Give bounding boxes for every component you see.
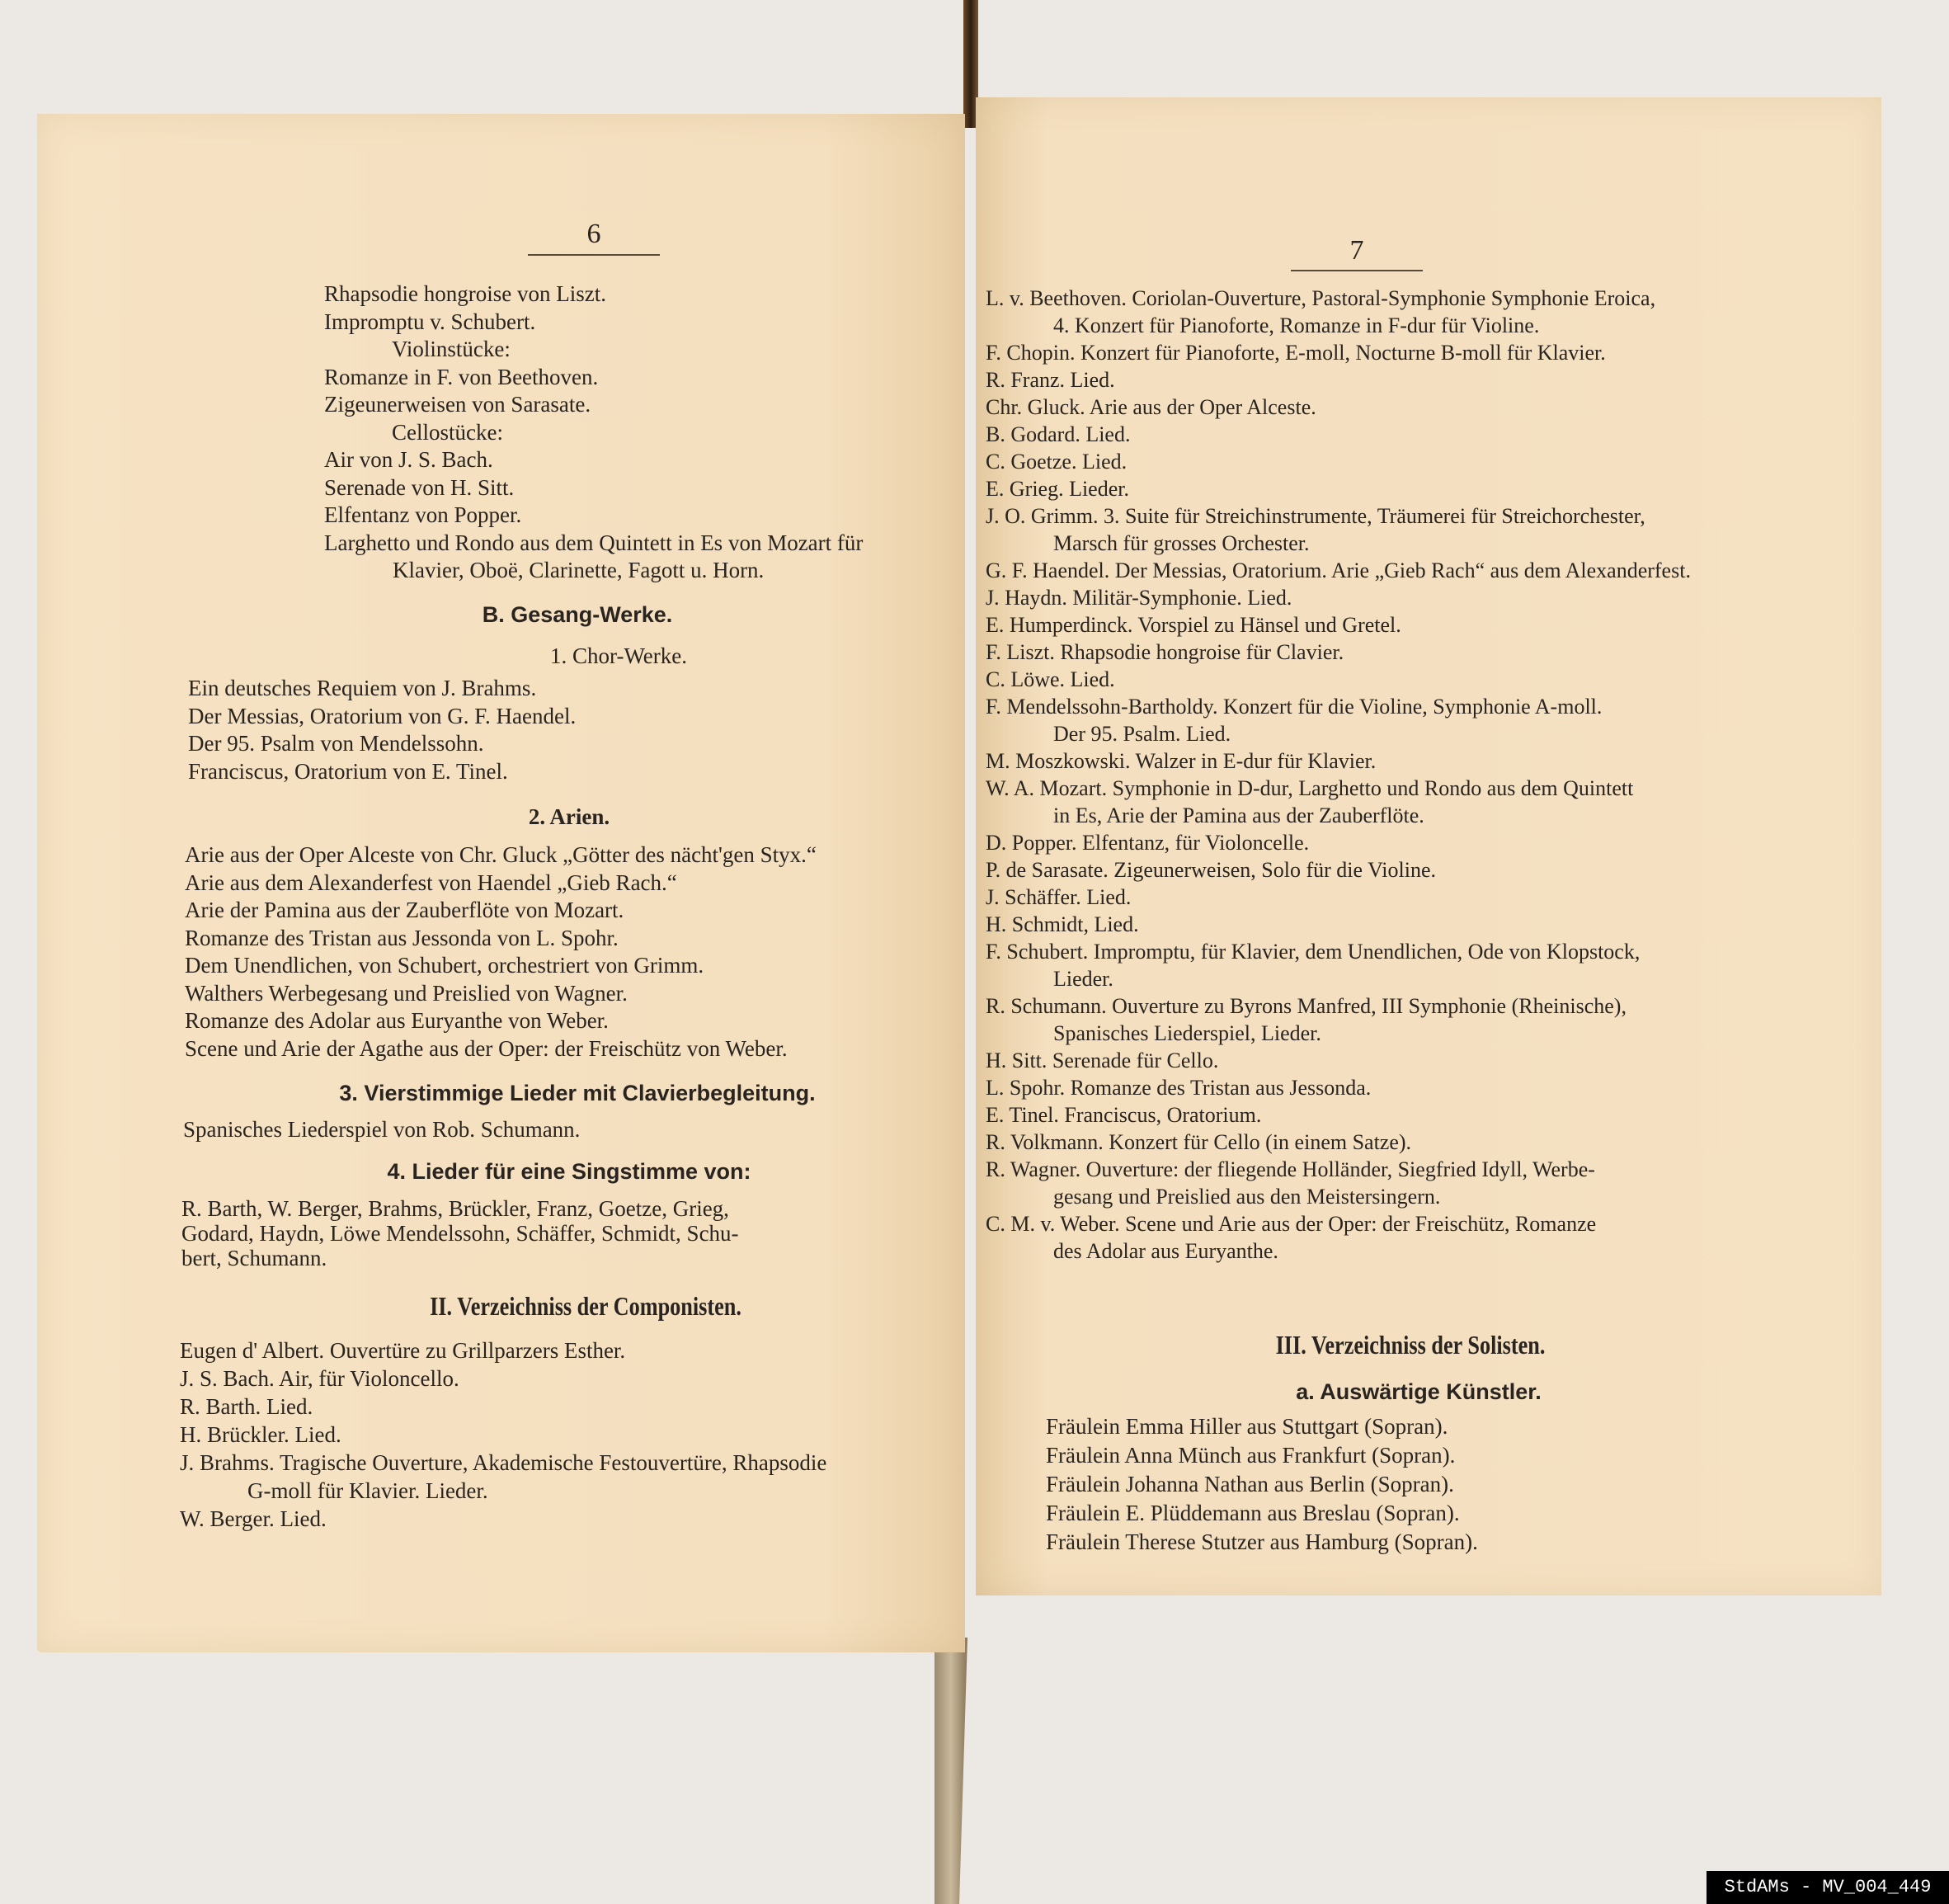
list-item: Romanze des Adolar aus Euryanthe von Web… (185, 1007, 817, 1035)
list-item: Fräulein Johanna Nathan aus Berlin (Sopr… (1046, 1470, 1478, 1499)
list-item: J. Haydn. Militär-Symphonie. Lied. (986, 584, 1777, 611)
violin-heading: Violinstücke: (324, 336, 863, 364)
list-item: R. Wagner. Ouverture: der fliegende Holl… (986, 1156, 1777, 1183)
list-item: Larghetto und Rondo aus dem Quintett in … (324, 530, 863, 558)
list-item: R. Schumann. Ouverture zu Byrons Manfred… (986, 992, 1777, 1020)
list-item: C. Löwe. Lied. (986, 666, 1777, 693)
list-item: Romanze des Tristan aus Jessonda von L. … (185, 925, 817, 953)
list-item: W. Berger. Lied. (180, 1505, 826, 1533)
list-item: Serenade von H. Sitt. (324, 474, 863, 502)
vierstimmige-lieder-title: 3. Vierstimmige Lieder mit Clavierbeglei… (247, 1081, 907, 1106)
list-item-continued: G-moll für Klavier. Lieder. (180, 1477, 826, 1505)
list-item: Scene und Arie der Agathe aus der Oper: … (185, 1035, 817, 1063)
list-item: F. Schubert. Impromptu, für Klavier, dem… (986, 938, 1777, 965)
list-item: L. v. Beethoven. Coriolan-Ouverture, Pas… (986, 285, 1777, 312)
list-item-continued: Der 95. Psalm. Lied. (986, 720, 1777, 747)
chor-werke-list: Ein deutsches Requiem von J. Brahms. Der… (188, 675, 576, 785)
list-item: J. S. Bach. Air, für Violoncello. (180, 1364, 826, 1393)
list-item: Der 95. Psalm von Mendelssohn. (188, 730, 576, 758)
list-item-continued: Spanisches Liederspiel, Lieder. (986, 1020, 1777, 1047)
list-item: F. Mendelssohn-Bartholdy. Konzert für di… (986, 693, 1777, 720)
list-item-continued: 4. Konzert für Pianoforte, Romanze in F-… (986, 312, 1777, 339)
list-item-continued: des Adolar aus Euryanthe. (986, 1237, 1777, 1265)
book-spine-lower (934, 1638, 967, 1904)
list-item: Walthers Werbegesang und Preislied von W… (185, 980, 817, 1008)
list-item-continued: gesang und Preislied aus den Meistersing… (986, 1183, 1777, 1210)
list-item: F. Chopin. Konzert für Pianoforte, E-mol… (986, 339, 1777, 366)
archive-label: StdAMs - MV_004_449 (1707, 1871, 1949, 1904)
instrumental-list-continued: Rhapsodie hongroise von Liszt. Impromptu… (324, 280, 863, 585)
list-item-continued: Marsch für grosses Orchester. (986, 530, 1777, 557)
composers-list-right: L. v. Beethoven. Coriolan-Ouverture, Pas… (986, 285, 1777, 1265)
page-number-left: 6 (528, 219, 660, 250)
singstimme-composers: R. Barth, W. Berger, Brahms, Brückler, F… (181, 1196, 739, 1270)
list-item: R. Franz. Lied. (986, 366, 1777, 394)
list-item: C. Goetze. Lied. (986, 448, 1777, 475)
list-item: H. Schmidt, Lied. (986, 911, 1777, 938)
list-item: W. A. Mozart. Symphonie in D-dur, Larghe… (986, 775, 1777, 802)
list-item: J. O. Grimm. 3. Suite für Streichinstrum… (986, 502, 1777, 530)
list-item: Arie der Pamina aus der Zauberflöte von … (185, 897, 817, 925)
list-item: Elfentanz von Popper. (324, 502, 863, 530)
list-item: R. Volkmann. Konzert für Cello (in einem… (986, 1129, 1777, 1156)
list-item: Romanze in F. von Beethoven. (324, 364, 863, 392)
list-item-continued: in Es, Arie der Pamina aus der Zauberflö… (986, 802, 1777, 829)
list-item: Impromptu v. Schubert. (324, 309, 863, 337)
list-item: E. Tinel. Franciscus, Oratorium. (986, 1101, 1777, 1129)
list-item: Fräulein Anna Münch aus Frankfurt (Sopra… (1046, 1441, 1478, 1470)
list-item: Der Messias, Oratorium von G. F. Haendel… (188, 703, 576, 731)
list-item: Rhapsodie hongroise von Liszt. (324, 280, 863, 309)
vierstimmige-lieder-list: Spanisches Liederspiel von Rob. Schumann… (183, 1116, 580, 1144)
soloists-list: Fräulein Emma Hiller aus Stuttgart (Sopr… (1046, 1412, 1478, 1557)
cello-heading: Cellostücke: (324, 419, 863, 447)
list-item: J. Brahms. Tragische Ouverture, Akademis… (180, 1449, 826, 1477)
list-item: L. Spohr. Romanze des Tristan aus Jesson… (986, 1074, 1777, 1101)
list-item: Spanisches Liederspiel von Rob. Schumann… (183, 1116, 580, 1144)
section-ii-title: II. Verzeichniss der Componisten. (294, 1291, 876, 1322)
list-item: R. Barth. Lied. (180, 1393, 826, 1421)
text-line: bert, Schumann. (181, 1246, 739, 1270)
list-item: B. Godard. Lied. (986, 421, 1777, 448)
list-item: Fräulein Therese Stutzer aus Hamburg (So… (1046, 1528, 1478, 1557)
list-item: Arie aus der Oper Alceste von Chr. Gluck… (185, 841, 817, 870)
list-item: Ein deutsches Requiem von J. Brahms. (188, 675, 576, 703)
list-item: Fräulein Emma Hiller aus Stuttgart (Sopr… (1046, 1412, 1478, 1441)
singstimme-title: 4. Lieder für eine Singstimme von: (247, 1159, 891, 1185)
list-item: M. Moszkowski. Walzer in E-dur für Klavi… (986, 747, 1777, 775)
list-item: E. Grieg. Lieder. (986, 475, 1777, 502)
subsection-a-title: a. Auswärtige Künstler. (1122, 1379, 1716, 1405)
list-item: Air von J. S. Bach. (324, 446, 863, 474)
list-item: Chr. Gluck. Arie aus der Oper Alceste. (986, 394, 1777, 421)
composers-list-left: Eugen d' Albert. Ouvertüre zu Grillparze… (180, 1336, 826, 1533)
list-item: Fräulein E. Plüddemann aus Breslau (Sopr… (1046, 1499, 1478, 1528)
text-line: R. Barth, W. Berger, Brahms, Brückler, F… (181, 1196, 739, 1221)
list-item: C. M. v. Weber. Scene und Arie aus der O… (986, 1210, 1777, 1237)
list-item: G. F. Haendel. Der Messias, Oratorium. A… (986, 557, 1777, 584)
page-number-rule-left (528, 254, 660, 256)
list-item: J. Schäffer. Lied. (986, 884, 1777, 911)
list-item: D. Popper. Elfentanz, für Violoncelle. (986, 829, 1777, 856)
page-number-right: 7 (1291, 235, 1423, 266)
list-item-continued: Klavier, Oboë, Clarinette, Fagott u. Hor… (324, 557, 863, 585)
list-item: P. de Sarasate. Zigeunerweisen, Solo für… (986, 856, 1777, 884)
list-item: Eugen d' Albert. Ouvertüre zu Grillparze… (180, 1336, 826, 1364)
list-item: E. Humperdinck. Vorspiel zu Hänsel und G… (986, 611, 1777, 639)
list-item: Franciscus, Oratorium von E. Tinel. (188, 758, 576, 786)
arien-title: 2. Arien. (313, 804, 825, 830)
section-b-title: B. Gesang-Werke. (322, 602, 833, 628)
page-number-rule-right (1291, 270, 1423, 271)
chor-werke-title: 1. Chor-Werke. (363, 643, 874, 669)
list-item: Dem Unendlichen, von Schubert, orchestri… (185, 952, 817, 980)
arien-list: Arie aus der Oper Alceste von Chr. Gluck… (185, 841, 817, 1063)
list-item: F. Liszt. Rhapsodie hongroise für Clavie… (986, 639, 1777, 666)
text-line: Godard, Haydn, Löwe Mendelssohn, Schäffe… (181, 1221, 739, 1246)
list-item: H. Brückler. Lied. (180, 1421, 826, 1449)
list-item: Arie aus dem Alexanderfest von Haendel „… (185, 870, 817, 898)
section-iii-title: III. Verzeichniss der Solisten. (1174, 1330, 1647, 1360)
list-item: Zigeunerweisen von Sarasate. (324, 391, 863, 419)
list-item: H. Sitt. Serenade für Cello. (986, 1047, 1777, 1074)
list-item-continued: Lieder. (986, 965, 1777, 992)
